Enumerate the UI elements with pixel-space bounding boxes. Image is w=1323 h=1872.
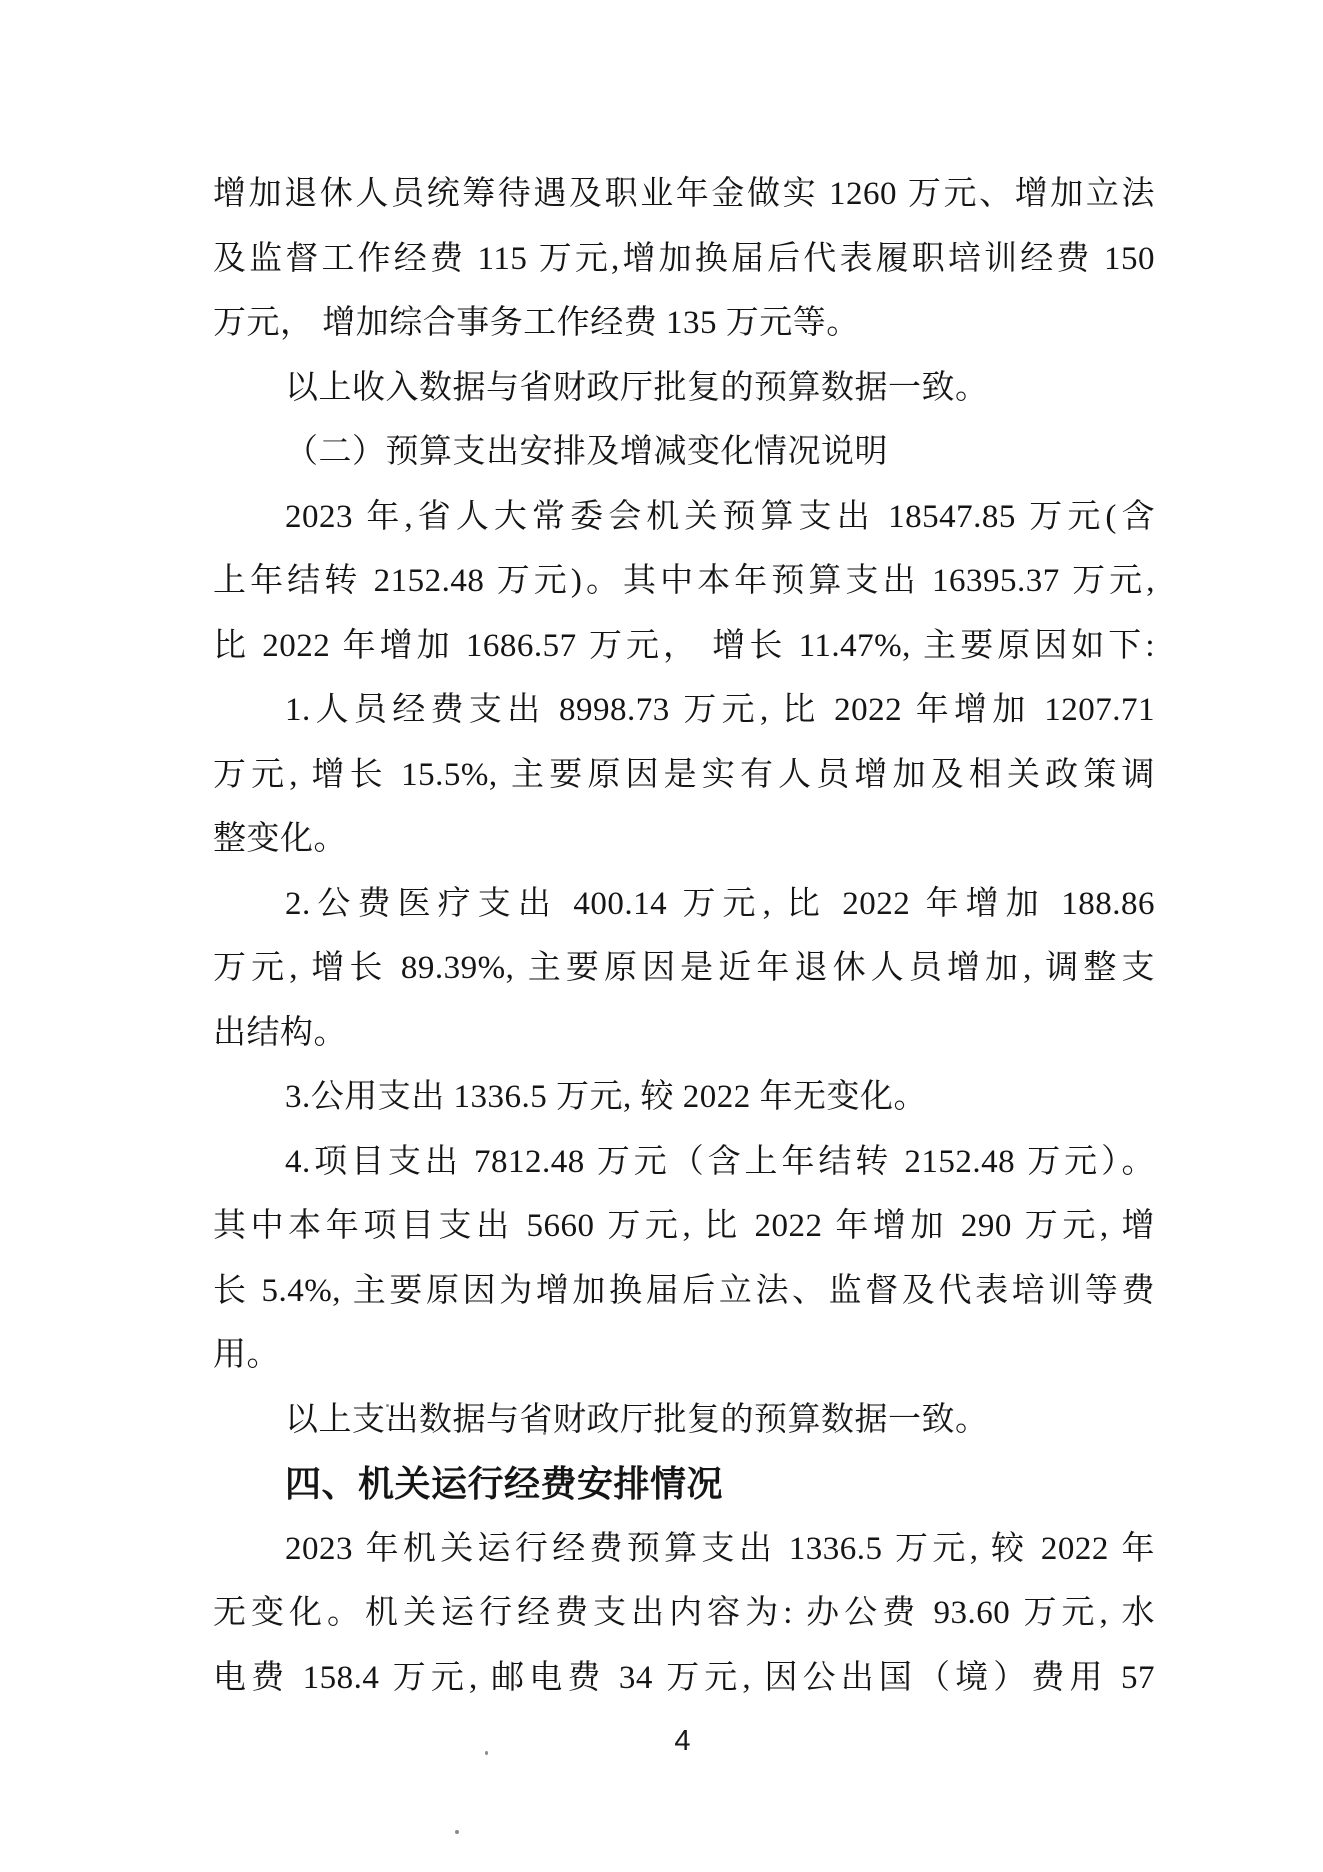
text-line-17: 其中本年项目支出 5660 万元, 比 2022 年增加 290 万元, 增 [213,1194,1155,1259]
scan-speck [386,1404,389,1407]
text-line-6: 2023 年,省人大常委会机关预算支出 18547.85 万元(含 [213,485,1155,550]
text-line-20: 以上支出数据与省财政厅批复的预算数据一致。 [213,1388,1155,1453]
scan-speck [485,1751,488,1755]
text-line-24: 电费 158.4 万元, 邮电费 34 万元, 因公出国（境）费用 57 [213,1646,1155,1711]
page-number: 4 [0,1710,1323,1772]
text-line-22: 2023 年机关运行经费预算支出 1336.5 万元, 较 2022 年 [213,1517,1155,1582]
text-line-13: 万元, 增长 89.39%, 主要原因是近年退休人员增加, 调整支 [213,936,1155,1001]
document-page: 增加退休人员统筹待遇及职业年金做实 1260 万元、增加立法及监督工作经费 11… [0,0,1323,1872]
text-line-19: 用。 [213,1323,1155,1388]
document-body: 增加退休人员统筹待遇及职业年金做实 1260 万元、增加立法及监督工作经费 11… [213,162,1155,1710]
text-line-2: 及监督工作经费 115 万元,增加换届后代表履职培训经费 150 [213,227,1155,292]
text-line-3: 万元， 增加综合事务工作经费 135 万元等。 [213,291,1155,356]
text-line-4: 以上收入数据与省财政厅批复的预算数据一致。 [213,356,1155,421]
text-line-15: 3.公用支出 1336.5 万元, 较 2022 年无变化。 [213,1065,1155,1130]
text-line-9: 1.人员经费支出 8998.73 万元, 比 2022 年增加 1207.71 [213,678,1155,743]
scan-speck [543,1432,546,1435]
text-line-10: 万元, 增长 15.5%, 主要原因是实有人员增加及相关政策调 [213,743,1155,808]
text-line-8: 比 2022 年增加 1686.57 万元， 增长 11.47%, 主要原因如下… [213,614,1155,679]
text-line-21: 四、机关运行经费安排情况 [213,1452,1155,1517]
scan-speck [455,1830,459,1834]
text-line-23: 无变化。机关运行经费支出内容为: 办公费 93.60 万元, 水 [213,1581,1155,1646]
text-line-7: 上年结转 2152.48 万元)。其中本年预算支出 16395.37 万元, [213,549,1155,614]
text-line-16: 4.项目支出 7812.48 万元（含上年结转 2152.48 万元）。 [213,1130,1155,1195]
text-line-11: 整变化。 [213,807,1155,872]
text-line-12: 2.公费医疗支出 400.14 万元, 比 2022 年增加 188.86 [213,872,1155,937]
text-line-18: 长 5.4%, 主要原因为增加换届后立法、监督及代表培训等费 [213,1259,1155,1324]
text-line-1: 增加退休人员统筹待遇及职业年金做实 1260 万元、增加立法 [213,162,1155,227]
text-line-5: （二）预算支出安排及增减变化情况说明 [213,420,1155,485]
text-line-14: 出结构。 [213,1001,1155,1066]
